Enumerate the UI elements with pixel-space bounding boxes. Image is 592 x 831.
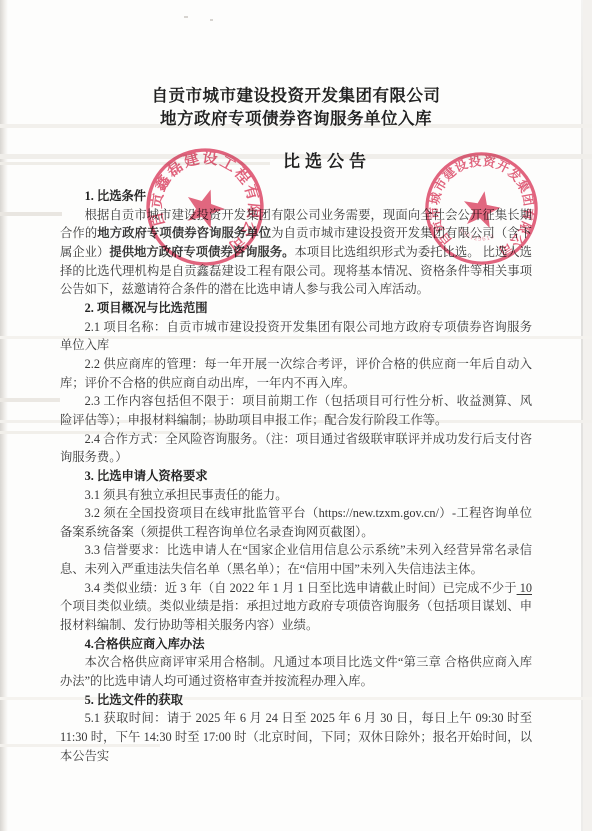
section-heading: 3. 比选申请人资格要求: [60, 467, 532, 486]
paragraph: 2.3 工作内容包括但不限于：项目前期工作（包括项目可行性分析、收益测算、风险评…: [60, 392, 532, 429]
section-heading: 2. 项目概况与比选范围: [60, 299, 532, 318]
paragraph: 3.3 信誉要求：比选申请人在“国家企业信用信息公示系统”未列入经营异常名录信息…: [60, 541, 532, 578]
paragraph: 2.2 供应商库的管理：每一年开展一次综合考评，评价合格的供应商一年后自动入库；…: [60, 355, 532, 392]
document-body: 1. 比选条件根据自贡市城市建设投资开发集团有限公司业务需要，现面向全社会公开征…: [0, 187, 592, 765]
text-run: 个项目类似业绩。类似业绩是指：承担过地方政府专项债咨询服务（包括项目谋划、申报材…: [60, 599, 532, 632]
paragraph: 2.1 项目名称：自贡市城市建设投资开发集团有限公司地方政府专项债券咨询服务单位…: [60, 318, 532, 355]
text-run: 3.1 须具有独立承担民事责任的能力。: [85, 488, 288, 502]
paragraph: 3.2 须在全国投资项目在线审批监管平台（https://new.tzxm.go…: [60, 504, 532, 541]
company-seal-stamp: 自贡市城市建设投资开发集团有限公司 030129613: [414, 141, 550, 277]
text-run: 10: [517, 581, 532, 595]
stamp-number: 030129613: [456, 227, 497, 246]
title-line-2: 地方政府专项债券咨询服务单位入库: [0, 107, 592, 130]
section-heading: 5. 比选文件的获取: [60, 691, 532, 710]
title-line-1: 自贡市城市建设投资开发集团有限公司: [0, 84, 592, 107]
text-run: 3.3 信誉要求：比选申请人在“国家企业信用信息公示系统”未列入经营异常名录信息…: [60, 543, 532, 576]
text-run: 3.4 类似业绩：近 3 年（自 2022 年 1 月 1 日至比选申请截止时间…: [85, 581, 517, 595]
scanned-document-page: 自贡市城市建设投资开发集团有限公司 地方政府专项债券咨询服务单位入库 比选公告 …: [0, 0, 592, 831]
scan-artifact: [184, 16, 188, 18]
paragraph: 3.4 类似业绩：近 3 年（自 2022 年 1 月 1 日至比选申请截止时间…: [60, 579, 532, 635]
text-run: 本次合格供应商评审采用合格制。凡通过本项目比选文件“第三章 合格供应商入库办法”…: [60, 655, 532, 688]
text-run: 5.1 获取时间：请于 2025 年 6 月 24 日至 2025 年 6 月 …: [60, 711, 532, 762]
star-icon: [181, 184, 229, 231]
text-run: 2.1 项目名称：自贡市城市建设投资开发集团有限公司地方政府专项债券咨询服务单位…: [60, 320, 532, 353]
document-title: 自贡市城市建设投资开发集团有限公司 地方政府专项债券咨询服务单位入库: [0, 84, 592, 130]
star-icon: [460, 188, 503, 229]
paragraph: 5.1 获取时间：请于 2025 年 6 月 24 日至 2025 年 6 月 …: [60, 709, 532, 765]
paragraph: 3.1 须具有独立承担民事责任的能力。: [60, 486, 532, 505]
text-run: 2.4 合作方式：全风险咨询服务。（注：项目通过省级联审联评并成功发行后支付咨询…: [60, 432, 532, 465]
section-heading: 4.合格供应商入库办法: [60, 635, 532, 654]
scan-artifact: [210, 19, 213, 21]
text-run: 3.2 须在全国投资项目在线审批监管平台（https://new.tzxm.go…: [60, 506, 532, 539]
text-run: 2.3 工作内容包括但不限于：项目前期工作（包括项目可行性分析、收益测算、风险评…: [60, 394, 532, 427]
paragraph: 本次合格供应商评审采用合格制。凡通过本项目比选文件“第三章 合格供应商入库办法”…: [60, 653, 532, 690]
text-run: 2.2 供应商库的管理：每一年开展一次综合考评，评价合格的供应商一年后自动入库；…: [60, 357, 532, 390]
paragraph: 2.4 合作方式：全风险咨询服务。（注：项目通过省级联审联评并成功发行后支付咨询…: [60, 430, 532, 467]
